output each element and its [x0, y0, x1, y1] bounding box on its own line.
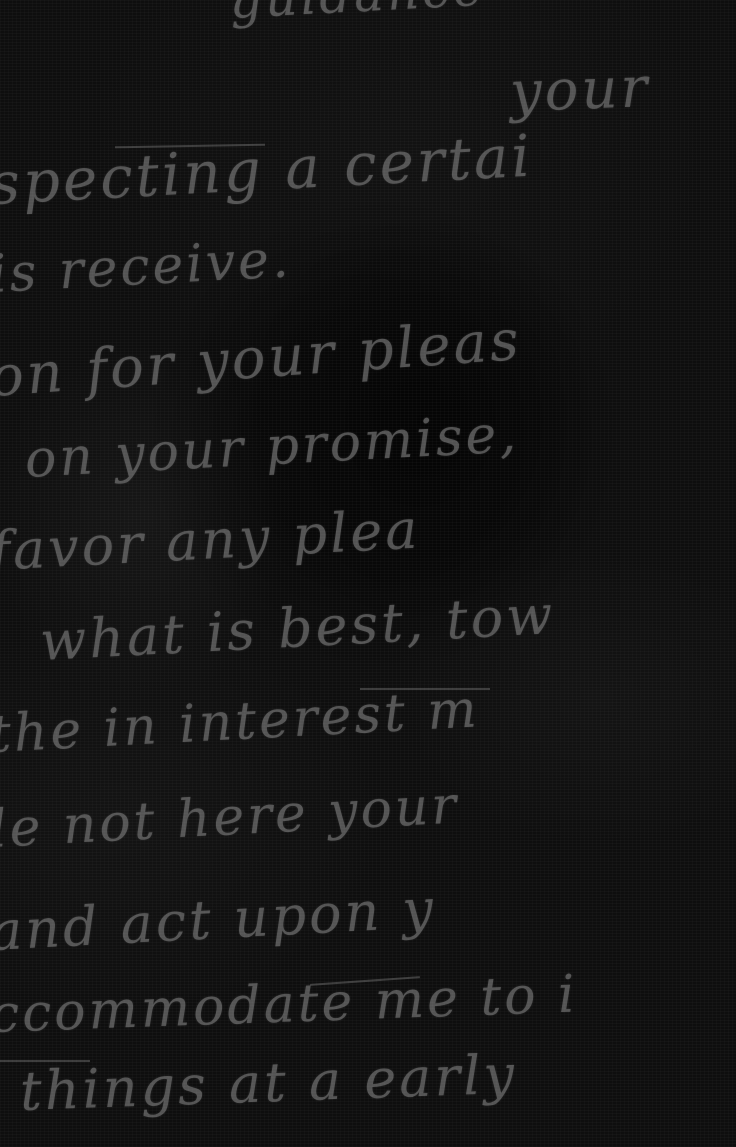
script-line: and act upon y: [0, 877, 437, 963]
script-line: favor any plea: [0, 497, 422, 582]
script-line: things at a early: [19, 1043, 518, 1123]
handwritten-texture-background: guidance your specting a certai is recei…: [0, 0, 736, 1147]
script-line: is receive.: [0, 229, 293, 305]
script-line: the in interest m: [0, 679, 481, 765]
script-line: what is best, tow: [38, 583, 556, 673]
script-line: guidance: [228, 0, 486, 30]
script-line: on your promise,: [23, 404, 520, 490]
script-line: specting a certai: [0, 122, 535, 218]
script-line: ccommodate me to i: [0, 964, 579, 1044]
script-line: on for your pleas: [0, 308, 524, 410]
script-line: le not here your: [0, 775, 461, 859]
script-line: your: [509, 55, 651, 125]
